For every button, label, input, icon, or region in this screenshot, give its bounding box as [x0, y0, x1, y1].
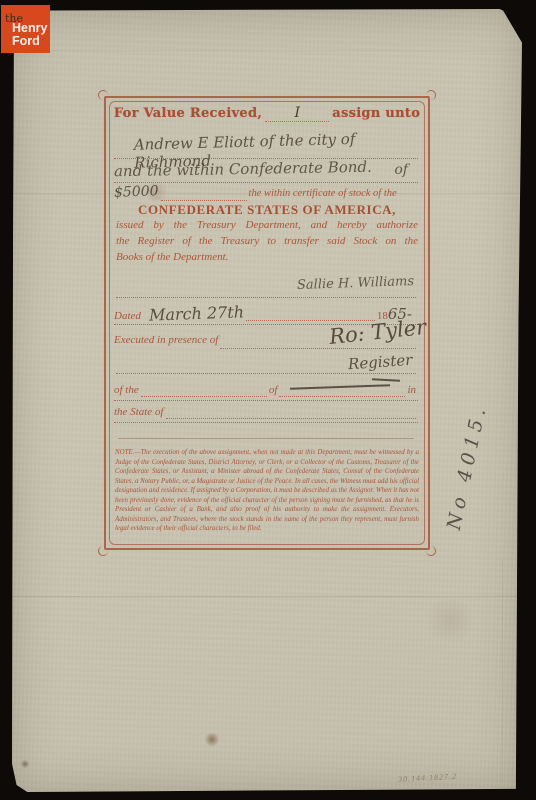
authorization-line: the Register of the Treasury to transfer…	[116, 235, 418, 247]
authorization-line: Books of the Department.	[116, 251, 418, 263]
dated-handwriting: March 27th	[149, 302, 245, 324]
assignee-blank-line: Andrew E Eliott of the city of Richmond	[114, 132, 418, 159]
blank-rule	[116, 372, 416, 374]
fold-crease-right	[502, 560, 504, 792]
logo-ford: Ford	[12, 34, 40, 48]
value-received-line: For Value Received, I assign unto	[106, 105, 428, 122]
fold-crease-top	[12, 50, 522, 53]
note-paragraph: NOTE.—The execution of the above assignm…	[115, 448, 419, 534]
stain-spot	[204, 733, 220, 746]
corner-ornament-icon	[426, 90, 436, 100]
state-blank	[166, 417, 417, 419]
assignor-signature: Sallie H. Williams	[297, 274, 414, 292]
executed-blank	[220, 347, 416, 349]
of-blank	[279, 395, 405, 397]
bond-blank-line: and the within Confederate Bond. of	[114, 160, 418, 183]
museum-photo-stage: For Value Received, I assign unto Andrew…	[0, 0, 536, 800]
value-received-label: For Value Received,	[114, 106, 262, 121]
corner-ornament-icon	[426, 546, 436, 556]
assignment-form-frame: For Value Received, I assign unto Andrew…	[104, 96, 430, 550]
bond-handwriting-suffix: of	[394, 162, 408, 178]
blank-rule	[118, 438, 414, 439]
assignor-initial-blank: I	[265, 105, 329, 122]
stain-spot	[20, 760, 30, 768]
henry-ford-logo: the Henry Ford	[1, 5, 50, 53]
fold-crease-lower	[12, 596, 522, 599]
logo-henry: Henry	[12, 21, 47, 35]
signature-rule	[116, 296, 416, 298]
of-the-label: of the	[114, 384, 139, 396]
state-line: the State of	[114, 406, 418, 423]
stain-spot	[420, 600, 480, 640]
corner-ornament-icon	[98, 90, 108, 100]
in-label: in	[407, 384, 416, 396]
bond-handwriting: and the within Confederate Bond.	[114, 158, 372, 180]
certificate-label: the within certificate of stock of the	[249, 188, 397, 199]
state-label: the State of	[114, 406, 164, 418]
document-paper: For Value Received, I assign unto Andrew…	[12, 9, 522, 792]
authorization-line: issued by the Treasury Department, and h…	[116, 219, 418, 231]
dated-blank	[246, 319, 375, 321]
assignor-initial: I	[294, 105, 300, 121]
amount-line: $5000 the within certificate of stock of…	[114, 184, 418, 204]
of-label: of	[269, 384, 278, 396]
assign-unto-label: assign unto	[332, 106, 420, 121]
of-the-blank	[141, 395, 267, 397]
dated-label: Dated	[114, 310, 141, 322]
of-the-line: of the of in	[114, 384, 418, 401]
amount-handwriting: $5000	[114, 183, 159, 201]
corner-ornament-icon	[98, 546, 108, 556]
executed-label: Executed in presence of	[114, 334, 218, 346]
amount-blank	[161, 199, 247, 201]
confederate-states-title: CONFEDERATE STATES OF AMERICA,	[106, 202, 428, 218]
